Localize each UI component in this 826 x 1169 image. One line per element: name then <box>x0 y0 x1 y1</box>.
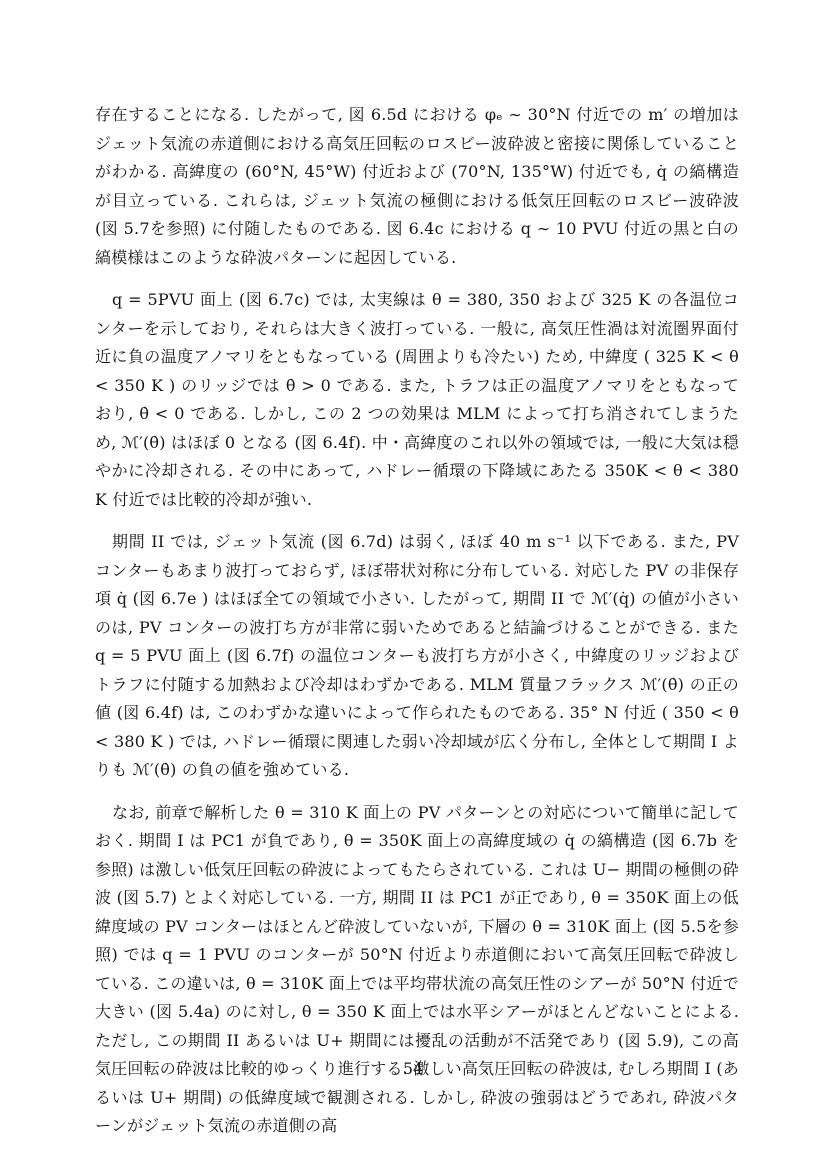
paragraph-pv-pattern-comparison: なお, 前章で解析した θ = 310 K 面上の PV パターンとの対応につい… <box>95 799 739 1141</box>
paragraph-q5pvu-period1: q = 5PVU 面上 (図 6.7c) では, 太実線は θ = 380, 3… <box>95 286 739 514</box>
page-number: 54 <box>0 1058 826 1080</box>
paragraph-continuation: 存在することになる. したがって, 図 6.5d における φₑ ∼ 30°N … <box>95 101 739 272</box>
paragraph-period2: 期間 II では, ジェット気流 (図 6.7d) は弱く, ほぼ 40 m s… <box>95 528 739 785</box>
text-column: 存在することになる. したがって, 図 6.5d における φₑ ∼ 30°N … <box>95 101 739 1141</box>
document-page: 存在することになる. したがって, 図 6.5d における φₑ ∼ 30°N … <box>0 0 826 1169</box>
